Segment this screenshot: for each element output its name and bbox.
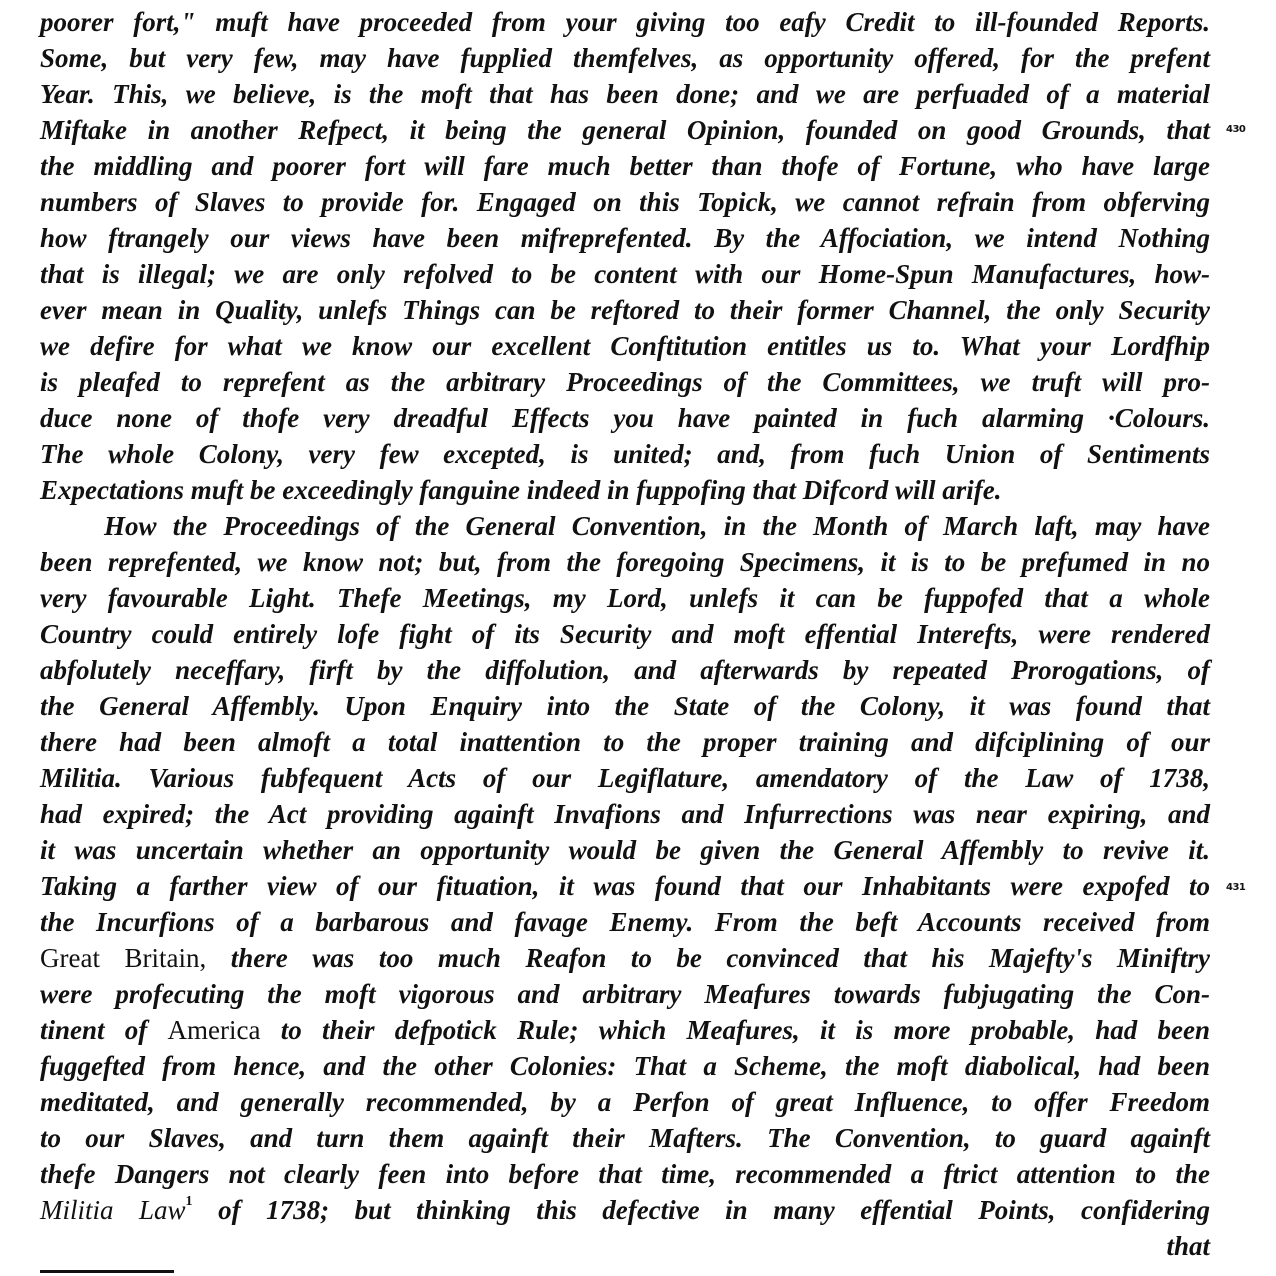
footnote-marker[interactable]: 1 — [186, 1194, 193, 1209]
text-line: duce none of thofe very dreadful Effects… — [40, 400, 1210, 436]
italic-text: to their defpotick Rule; which Meafures,… — [281, 1015, 1210, 1045]
margin-page-number: 431 — [1226, 882, 1245, 893]
italic-text: Militia Law — [40, 1195, 186, 1225]
text-line: Year. This, we believe, is the moft that… — [40, 76, 1210, 112]
text-line: it was uncertain whether an opportunity … — [40, 832, 1210, 868]
text-line: very favourable Light. Thefe Meetings, m… — [40, 580, 1210, 616]
italic-text: of 1738; but thinking this defective in … — [218, 1195, 1210, 1225]
text-line: the Incurfions of a barbarous and favage… — [40, 904, 1210, 940]
roman-text: Great Britain, — [40, 943, 206, 973]
margin-page-number: 430 — [1226, 124, 1245, 135]
italic-text: tinent of — [40, 1015, 147, 1045]
footnote-divider — [40, 1270, 174, 1273]
text-line: Some, but very few, may have fupplied th… — [40, 40, 1210, 76]
text-line: fuggefted from hence, and the other Colo… — [40, 1048, 1210, 1084]
text-line-mixed: Great Britain, there was too much Reafon… — [40, 940, 1210, 976]
text-line: Miftake in another Refpect, it being the… — [40, 112, 1210, 148]
text-line: the middling and poorer fort will fare m… — [40, 148, 1210, 184]
text-line: meditated, and generally recommended, by… — [40, 1084, 1210, 1120]
text-line-mixed: tinent of America to their defpotick Rul… — [40, 1012, 1210, 1048]
text-line: poorer fort," muft have proceeded from y… — [40, 4, 1210, 40]
text-line: how ftrangely our views have been mifrep… — [40, 220, 1210, 256]
text-line: to our Slaves, and turn them againft the… — [40, 1120, 1210, 1156]
text-line: there had been almoft a total inattentio… — [40, 724, 1210, 760]
text-line: were profecuting the moft vigorous and a… — [40, 976, 1210, 1012]
text-line: that is illegal; we are only refolved to… — [40, 256, 1210, 292]
text-line: numbers of Slaves to provide for. Engage… — [40, 184, 1210, 220]
roman-text: America — [168, 1015, 261, 1045]
text-line: Militia. Various fubfequent Acts of our … — [40, 760, 1210, 796]
text-line: ever mean in Quality, unlefs Things can … — [40, 292, 1210, 328]
text-line: Country could entirely lofe fight of its… — [40, 616, 1210, 652]
text-line: had expired; the Act providing againft I… — [40, 796, 1210, 832]
paragraph-start-line: How the Proceedings of the General Conve… — [40, 508, 1210, 544]
text-line: Taking a farther view of our fituation, … — [40, 868, 1210, 904]
text-line: The whole Colony, very few excepted, is … — [40, 436, 1210, 472]
text-line-mixed: Militia Law1 of 1738; but thinking this … — [40, 1192, 1210, 1228]
catchword: that — [40, 1228, 1210, 1264]
text-line: is pleafed to reprefent as the arbitrary… — [40, 364, 1210, 400]
text-line: thefe Dangers not clearly feen into befo… — [40, 1156, 1210, 1192]
text-line: been reprefented, we know not; but, from… — [40, 544, 1210, 580]
text-line: we defire for what we know our excellent… — [40, 328, 1210, 364]
text-line: the General Affembly. Upon Enquiry into … — [40, 688, 1210, 724]
text-line: Expectations muft be exceedingly fanguin… — [40, 472, 1210, 508]
text-line: abfolutely neceffary, firft by the diffo… — [40, 652, 1210, 688]
italic-text: there was too much Reafon to be convince… — [231, 943, 1210, 973]
